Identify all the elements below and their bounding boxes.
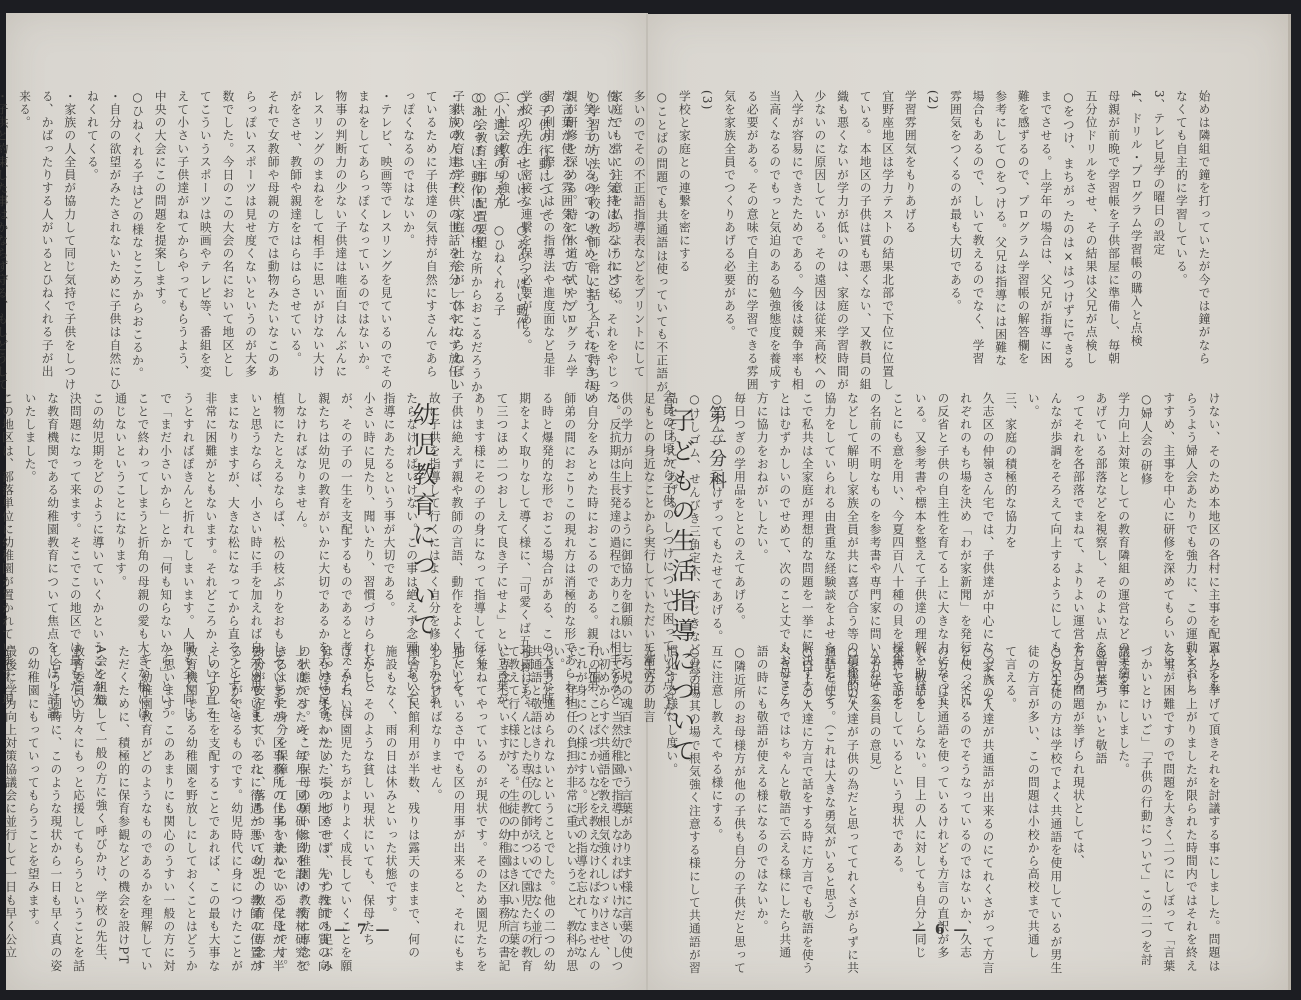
text-column: けの面、ことばづかいなどを教えなければなりませんの <box>583 645 606 907</box>
text-column: (3) <box>695 90 718 370</box>
text-column: 入学が容易にできたためである。今後は競争率も相 <box>786 90 809 370</box>
text-column: しなければなりません。 <box>290 392 313 654</box>
text-column: 互に注意し教えてやる様にする。 <box>705 645 728 907</box>
text-column: すすめ、主事を中心に研修を深めてもらいたい。 <box>1157 392 1180 654</box>
text-column: てこういうスポーツは映画やテレビ等、番組を変 <box>194 90 217 370</box>
text-column: で、一年担任の負担が非常に重いということ、教科が思 <box>560 645 583 907</box>
text-column: その子の一生を支配することであれば、この最も大事な <box>202 645 225 907</box>
text-column: 期をよく取りなして導く様に、「可愛くば五つおしえ <box>513 392 536 654</box>
text-column: ただくために、積極的に保育参観などの機会を設けPT <box>112 645 135 907</box>
text-column: あげている部落などを視察し、そのよい点を話し合 <box>1089 392 1112 654</box>
left-page-lower-text: 小さい時に見たり、聞いたり、習慣づけられたことが、その子の一生を支配するものであ… <box>68 392 380 654</box>
text-column: ・自分の欲望がみたされないために子供は自然にひ <box>103 90 126 370</box>
text-column: 決問題になって来ます。そこでこの地区では最もだいじ <box>64 392 87 654</box>
text-column: ○女生徒の方は学校でよく共通語を使用しているが男生 <box>1044 645 1067 907</box>
text-column: ることができるものです。幼児時代に身につけたことが <box>225 645 248 907</box>
text-column: きるように身分を保障してもらいたいということです。 <box>270 645 293 907</box>
text-column: うとすればぽきんと折れてしまいます。人間も全く同じ <box>177 392 200 654</box>
text-column: 場合もあるので、しいて教えるのでなく、学習 <box>966 90 989 370</box>
text-column: らうよう婦人会あたりでも強力に、この運動をおし <box>1180 392 1203 654</box>
text-column: り笑う子がいるのでついやめてしまう。それできれい <box>578 90 601 370</box>
text-column: ◎子供の行動について <box>533 90 556 370</box>
text-column: の状態です。そこで保母の願いは幼稚園の教育に専念で <box>293 645 316 907</box>
text-column: と思います。このあまりにも関心のうすい一般の方に対 <box>157 645 180 907</box>
text-column: 徒の方言が多い、この問題は小校から高校まで共通し <box>1022 645 1045 907</box>
text-column: 母親が前晩で学習帳を子供部屋に準備し、毎朝 <box>1102 90 1125 370</box>
text-column: しかし、そのような貧しい現状にいても、保母たち <box>357 645 380 907</box>
text-column: はっきりしないため、長つづきせず、いつまでも足ぶみ <box>315 645 338 907</box>
text-column: 語の時にも敬語が使える様になるのではないか。 <box>751 645 774 907</box>
text-column: 身分が安定していると、落ちついて幼児の教育に専念す <box>248 645 271 907</box>
text-column: 五分位ドリルをさせ、その結果は父兄が点検し <box>1079 90 1102 370</box>
text-column: ・家族の人達が子供の世話を充分してやれず放任し <box>442 90 465 370</box>
text-column: いと思うならば、小さい時に手を加えれば自分の思うま <box>244 392 267 654</box>
text-column: 難を感ずるので、プログラム学習帳の解答欄を <box>1012 90 1035 370</box>
text-column: で「まだ小さいから」とか「何も知らないから」という <box>154 392 177 654</box>
text-column: 方言の問題が挙げられ現状としては、 <box>1067 645 1090 907</box>
text-column: ○隣近所のお母様方が他の子供も自分の子供だと思って <box>728 645 751 907</box>
text-column: 稚園はちゃんとした専任の教師がついて園児たちの教育 <box>515 645 538 907</box>
page-number-6: — 6 — <box>912 922 970 938</box>
text-column: 学力向上対策としての教育隣組の運営などの実績を <box>1112 392 1135 654</box>
text-column: うように進められないということでした。他の二つの幼 <box>538 645 561 907</box>
text-column: 毎日つぎの学用品をととのえてあげる。 <box>728 392 751 654</box>
text-column: ◎言葉づかいと敬語 <box>1089 645 1112 907</box>
text-column: っぽくなるのではないか。 <box>397 90 420 370</box>
text-column: 当高くなるのでもっと気迫のある勉強態度を養成す <box>763 90 786 370</box>
text-column: まになりますが、大きな松になってから直そうとすると <box>222 392 245 654</box>
text-column: 前にしているさ中でも区の用事が出来ると、それにもま <box>447 645 470 907</box>
text-column: して幼稚園教育がどのようなものであるかを理解してい <box>135 645 158 907</box>
text-column: に専念していますが、その他の幼稚園は区事務所の書記 <box>492 645 515 907</box>
text-column: 少ないのに原因している。その遠因は従来高校への <box>808 90 831 370</box>
text-column: 4、ドリル・プログラム学習帳の購入と点検 <box>1125 90 1148 370</box>
text-column: る必要がある。その意味で自主的に学習できる雰囲 <box>741 90 764 370</box>
text-column: この地区は、部落単位に幼稚園が置かれています。現 <box>0 392 19 654</box>
text-column: ている。本地区の子供は質も悪くない、又教員の組 <box>854 90 877 370</box>
text-column: まねをしてあらっぽくなっているのではないか。 <box>352 90 375 370</box>
page-number-7: — 7 — <box>334 922 392 938</box>
text-column: ことで終わってしまうと折角の母親の愛も大きな松には <box>131 392 154 654</box>
text-column: ・テレビ、映画等でレスリングを見ているのでその <box>374 90 397 370</box>
text-column: A会を組織して一般の方に強く呼びかけ、学校の先生、 <box>89 645 112 907</box>
text-column: ○からだのせいけつ ○あらっぽい動作 <box>510 90 533 370</box>
text-column: いたしました。 <box>19 392 42 654</box>
text-column: ○ことばの問題でも共通語は使っていても不正語が <box>650 90 673 370</box>
text-column: ・家族の人全員が協力して同じ気持で子供をしつけ <box>58 90 81 370</box>
text-column: て言える。 <box>999 645 1022 907</box>
left-page-bottom-left-text: はっきりしないため、長つづきせず、いつまでも足ぶみの状態です。そこで保母の願いは… <box>68 645 338 907</box>
text-column: ことにも意を用い、今夏四百八十種の貝を採集してそ <box>886 392 909 654</box>
text-column: の幼稚園にもっていってもらうことを望みます。 <box>22 645 45 907</box>
text-column: 子供は絶えず親や教師の言語、動作をよく見ている。 <box>445 392 468 654</box>
text-column: 協力をしていられる由貴重な経験談をよせられた。そ <box>818 392 841 654</box>
text-column: ○小遣い銭の与え方 ○ひねくれる子 <box>487 90 510 370</box>
text-column: 施設もなく、雨の日は休みといった状態です。 <box>379 645 402 907</box>
text-column: 3、テレビ見学の曜日の設定 <box>1147 90 1170 370</box>
text-column: ってそれを各部落でまねて、よりよい運営をしてみ <box>1067 392 1090 654</box>
text-column: 植物にたとえるならば、松の枝ぶりをおもしろくした <box>267 392 290 654</box>
section-heading-yoji-kyoiku: 幼児教育について <box>405 402 440 642</box>
text-column: 気持で話をしているという現状である。 <box>886 645 909 907</box>
text-column: がをさせ、教師や親達をはらはらさせている。 <box>284 90 307 370</box>
text-column: て三つほめ二つおしえて良き子にせよ」という言葉が <box>490 392 513 654</box>
text-column: などして解明し家族全員が共に喜び合う等の積極的な <box>841 392 864 654</box>
text-column: 学習雰囲気をもりあげる <box>899 90 922 370</box>
text-column: (2) <box>921 90 944 370</box>
text-column: 物事の判断力の少ない子供達は唯面白はんぶんに <box>329 90 352 370</box>
text-column: づかいとけいご」「子供の行動について」この二つを討 <box>1135 645 1158 907</box>
text-column: の名前の不明なものを参考書や専門家に問いあわせる <box>864 392 887 654</box>
text-column: あります様にその子の身になって指導して行く。 <box>468 392 491 654</box>
text-column: ○家族の人達が共通語が出来るのにてれくさがって方言 <box>976 645 999 907</box>
text-column: を使っているのでそうなっているのではないか、久志 <box>954 645 977 907</box>
text-column: る。反抗期は生長発達の過程でありこれは相手をみと <box>603 392 626 654</box>
text-column: 使いたいという気持はあるけれども、それをやじった <box>600 90 623 370</box>
section-intro-text: 会員の日頃から子供のしつけについて困っている点やな <box>656 390 679 652</box>
text-column: 数でした。今日のこの大会の名において地区とし <box>216 90 239 370</box>
text-column: 学校と家庭との連繋を密にする <box>673 90 696 370</box>
text-column: 三、家庭の積極的な協力を <box>999 392 1022 654</box>
text-column: る事が困難ですので問題を大きく二つにしぼって「言葉 <box>1157 645 1180 907</box>
text-column: 宜野座地区は学力テストの結果北部で下位に位置し <box>876 90 899 370</box>
text-column: の反省と子供の自主性を育てる上に大きな力になって <box>931 392 954 654</box>
text-column: 園舎も公民館利用が半数、残りは露天のままで、何の <box>402 645 425 907</box>
text-column: らっぽいスポーツは見せ度くないというのが大多 <box>239 90 262 370</box>
text-column: 議する事にしました。 <box>1112 645 1135 907</box>
text-column: ねくれてくる。 <box>81 90 104 370</box>
text-column: を兼ねてやっているのが現状です。そのため園児たちを <box>470 645 493 907</box>
text-column: 親たちは幼児の教育がいかに大切であるかを大いに反省 <box>312 392 335 654</box>
text-column: までさせる。上学年の場合は、父兄が指導に困 <box>1034 90 1057 370</box>
text-column: 多いのでその不正語指導表などをプリントにして <box>628 90 651 370</box>
text-column: 小さい時に見たり、聞いたり、習慣づけられたこと <box>357 392 380 654</box>
text-column: 久志区の仲嶺さん宅では、子供達が中心になって、そ <box>976 392 999 654</box>
text-column: の方では共通語を使っているけれども方言の直訳が多 <box>931 645 954 907</box>
text-column: えて小さい子供達がねてからやってもらうよう、 <box>171 90 194 370</box>
text-column: なくても自主的に学習している。 <box>1170 90 1193 370</box>
text-column: こで私共は全家庭が理想的な問題を一挙に解決するこ <box>796 392 819 654</box>
text-column: る時と爆発的な形でおこる場合がある、この大事な時 <box>536 392 559 654</box>
text-column: 始めは隣組で鐘を打っていたが今では鐘がなら <box>1192 90 1215 370</box>
text-column: な言葉が使える雰囲気を作ってやりたい。 <box>555 90 578 370</box>
text-column: いろいろ上がりましたが限られた時間内ではそれを終え <box>1180 645 1203 907</box>
text-column: 通じないということになります。 <box>109 392 132 654</box>
text-column: 教育委員の方々にもっと応援してもらうということを話 <box>67 645 90 907</box>
text-column: ○其の場其の場で根気強く注意する様にして共通語が習 <box>683 645 706 907</box>
text-column: な教育機関である幼稚園教育について焦点をしぼり討議 <box>41 392 64 654</box>
text-column: 先生方の助言 <box>638 645 661 907</box>
text-column: それで女教師や母親の方では動物みたいなこのあ <box>262 90 285 370</box>
text-column: 参考にして○をつける。父兄は指導には困難な <box>989 90 1012 370</box>
text-column: 教育機関である幼稚園を野放しにしておくことはどうか <box>180 645 203 907</box>
text-column: ○をつけ、まちがったのは×はつけずにできる <box>1057 90 1080 370</box>
text-column: 最後に学力向上対策協議会に並行して一日も早く公立 <box>0 645 22 907</box>
text-column: 来る。 <box>13 90 36 370</box>
text-column: 指導にあたるという事が大切である。 <box>377 392 400 654</box>
text-column: い、敬語をしらない。目上の人に対しても自分と同じ <box>909 645 932 907</box>
text-column: べきところではちゃんと敬語で云える様にしたら共通 <box>773 645 796 907</box>
text-column: けない、そのため本地区の各村に主事を配置しても <box>1202 392 1225 654</box>
text-column: が、その子の一生を支配するものであると考えると、母 <box>335 392 358 654</box>
text-column: め自分をみとめた時におこるのである。親子、兄弟、 <box>581 392 604 654</box>
text-column: ○目上の人達に方言で話をする時に方言でも敬語を使う <box>796 645 819 907</box>
text-column: 方に協力をおねがいしたい。 <box>751 392 774 654</box>
text-column: 雰囲気をつくるのが最も大切である。 <box>944 90 967 370</box>
text-column: この幼児期をどのように導いていくかということが先 <box>86 392 109 654</box>
text-column: し合うと同時に、このような現状から一日も早く真の姿 <box>44 645 67 907</box>
text-column: してから、当然幼稚園で指導しなければいけない、しつ <box>605 645 628 907</box>
text-column: ○ひねくれる子はどの様なところからおこるか。 <box>126 90 149 370</box>
text-column: んなが歩調をそろえて向上するようにしてもらいた <box>1044 392 1067 654</box>
text-column: ているために子供達の気持が自然にすさんであら <box>420 90 443 370</box>
text-column: やみを挙げて頂きそれを討議する事にしました。問題は <box>1202 645 1225 907</box>
text-column: 慣化する様にし度い。 <box>660 645 683 907</box>
text-column: ・子供と約束した事はかならず守る、もしどうして <box>0 90 13 370</box>
text-column: 非常に困難がともないます。それどころか、しいて直そ <box>199 392 222 654</box>
section-heading-daini-bunka: 第二分科 <box>703 405 729 493</box>
text-column: とはむずかしいのでせめて、次のこと丈でもお母さん <box>773 392 796 654</box>
text-column: わらなければなりません。 <box>425 645 448 907</box>
text-column: レスリングのまねをして相手に思いがけない大け <box>307 90 330 370</box>
text-column: △方法（会員の意見） <box>864 645 887 907</box>
left-page-upper-text: 使いたいという気持はあるけれども、それをやじったり笑う子がいるのでついやめてしま… <box>68 90 623 370</box>
text-column: いる。又参考書や標本を整えて子供達の理解を助ける <box>909 392 932 654</box>
text-column: 織も悪くないが学力が低いのは、家庭の学習時間が <box>831 90 854 370</box>
left-page-bottom-right-text: してから、当然幼稚園で指導しなければいけない、しつけの面、ことばづかいなどを教え… <box>336 645 628 907</box>
text-column: い。 <box>1022 392 1045 654</box>
text-column: れぞれのもち場を決め「わが家新聞」を発行し、父兄 <box>954 392 977 654</box>
text-column: ○家族の人達が子供の為だと思っててれくさがらずに共 <box>841 645 864 907</box>
text-column: 師弟の間におこりこの現れ方は消極的な形であらわれ <box>558 392 581 654</box>
text-column: 中央の大会にこの問題を提案します。 <box>149 90 172 370</box>
text-column: ○婦人会の研修 <box>1135 392 1158 654</box>
text-column: 通語を使う。（これは大きな勇気がいると思う） <box>818 645 841 907</box>
text-column: ○あらっぽい動作はどの様な所からおこるだろうか。 <box>465 90 488 370</box>
text-column: る、かばったりする人がいるとひねくれる子が出 <box>36 90 59 370</box>
text-column: 気を家族全員でつくりあげる必要がある。 <box>718 90 741 370</box>
